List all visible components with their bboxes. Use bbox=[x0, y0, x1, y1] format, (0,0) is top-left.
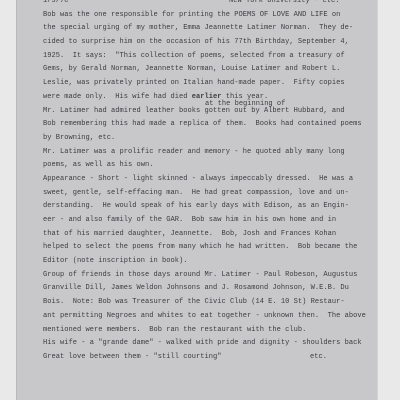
handwritten-insertion: at the beginning of bbox=[205, 100, 285, 108]
text-line-25: His wife - a "grande dame" - walked with… bbox=[43, 337, 383, 351]
typewritten-page: 1/9/7CNew York University - etc. Bob was… bbox=[16, 0, 378, 400]
header-institution: New York University - etc. bbox=[229, 0, 339, 9]
text-line-2: the special urging of my mother, Emma Je… bbox=[43, 22, 383, 36]
text-line-18: helped to select the poems from many whi… bbox=[43, 241, 383, 255]
text-line-5: Gems, by Gerald Norman, Jeannette Norman… bbox=[43, 63, 383, 77]
text-line-16: eer - and also family of the GAR. Bob sa… bbox=[43, 214, 383, 228]
text-line-12: poems, as well as his own. bbox=[43, 159, 383, 173]
text-line-26-start: Great love between them - "still courtin… bbox=[43, 353, 221, 361]
trailing-etc: etc. bbox=[310, 351, 327, 365]
text-line-3: cided to surprise him on the occasion of… bbox=[43, 36, 383, 50]
text-line-20: Group of friends in those days around Mr… bbox=[43, 269, 383, 283]
page-text: 1/9/7CNew York University - etc. Bob was… bbox=[43, 0, 383, 365]
text-line-9: Bob remembering this had made a replica … bbox=[43, 118, 383, 132]
text-line-13: Appearance - Short - light skinned - alw… bbox=[43, 173, 383, 187]
text-line-26: Great love between them - "still courtin… bbox=[43, 351, 383, 365]
document-viewer: 1/9/7CNew York University - etc. Bob was… bbox=[0, 0, 400, 400]
text-line-6: Leslie, was privately printed on Italian… bbox=[43, 77, 383, 91]
text-line-11: Mr. Latimer was a prolific reader and me… bbox=[43, 146, 383, 160]
text-line-1: Bob was the one responsible for printing… bbox=[43, 9, 383, 23]
text-line-10: by Browning, etc. bbox=[43, 132, 383, 146]
text-line-14: sweet, gentle, self-effacing man. He had… bbox=[43, 187, 383, 201]
header-date: 1/9/7C bbox=[43, 0, 229, 9]
text-line-22: Bois. Note: Bob was Treasurer of the Civ… bbox=[43, 296, 383, 310]
text-line-17: that of his married daughter, Jeannette.… bbox=[43, 228, 383, 242]
text-line-7-start: were made only. His wife had died bbox=[43, 93, 187, 101]
text-line-21: Granville Dill, James Weldon Johnsons an… bbox=[43, 282, 383, 296]
text-line-19: Editor (note inscription in book). bbox=[43, 255, 383, 269]
text-line-4: 1925. It says: "This collection of poems… bbox=[43, 50, 383, 64]
text-line-23: ant permitting Negroes and whites to eat… bbox=[43, 310, 383, 324]
text-line-15: derstanding. He would speak of his early… bbox=[43, 200, 383, 214]
page-header: 1/9/7CNew York University - etc. bbox=[43, 0, 383, 9]
text-line-24: mentioned were members. Bob ran the rest… bbox=[43, 324, 383, 338]
